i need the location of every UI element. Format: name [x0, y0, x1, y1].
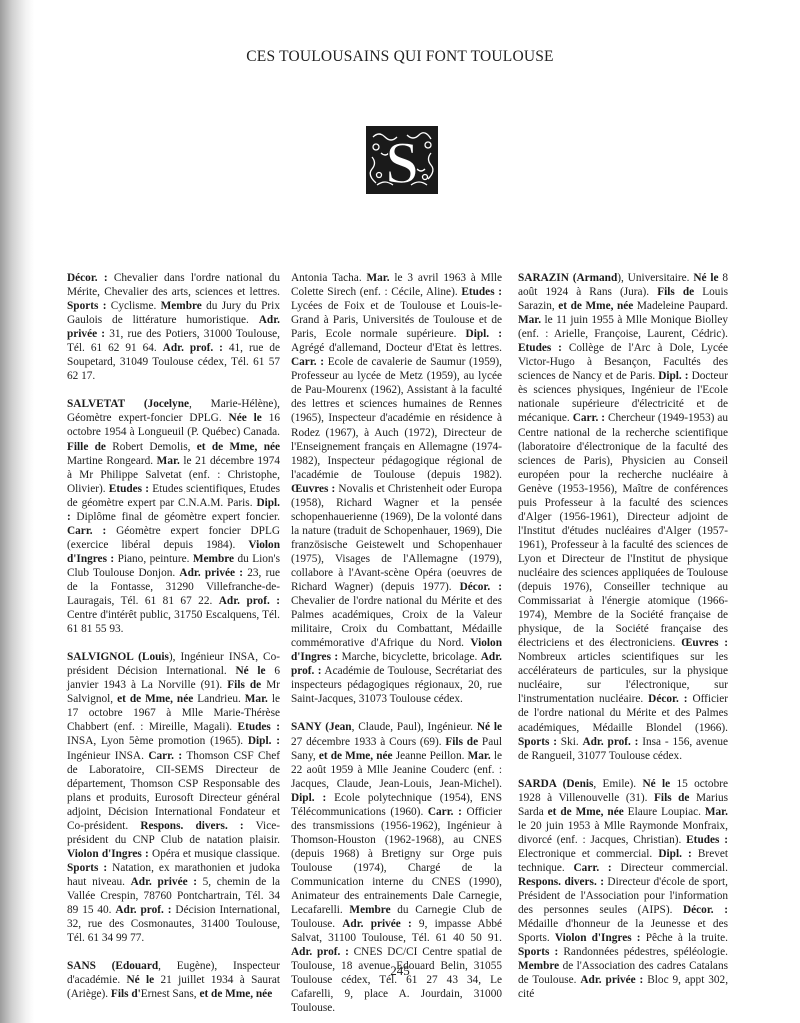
entry-field-label: SARDA (Denis [518, 778, 593, 790]
entry-field-label: et de Mme, née [199, 988, 272, 1000]
entry-text: Ernest Sans, [141, 988, 200, 1000]
entry-field-label: Adr. prof. : [291, 946, 349, 958]
entry-text: Robert Demolis, [106, 441, 197, 453]
entry-field-label: Adr. prof. : [219, 595, 280, 607]
entry-text: Martine Rongeard. [67, 455, 157, 467]
ornamental-initial-s-icon: S [366, 126, 438, 194]
entry-field-label: Dipl. : [658, 848, 691, 860]
entry-text: Académie de Toulouse, Secrétariat des in… [291, 665, 502, 705]
entry-field-label: Etudes : [238, 721, 280, 733]
entry-field-label: Mar. [705, 806, 728, 818]
entry-field-label: Fils d' [111, 988, 141, 1000]
entry-field-label: Œuvres : [291, 483, 335, 495]
text-column-3: SARAZIN (Armand), Universitaire. Né le 8… [518, 271, 728, 1015]
entry-field-label: SANY (Jean [291, 721, 352, 733]
entry-field-label: Fille de [67, 441, 106, 453]
entry-text: Centre d'intérêt public, 31750 Escalquen… [67, 609, 280, 635]
entry-field-label: Carr. : [148, 750, 182, 762]
entry-field-label: Né le [235, 665, 265, 677]
text-column-2: Antonia Tacha. Mar. le 3 avril 1963 à Ml… [291, 271, 502, 1023]
directory-entry: SARAZIN (Armand), Universitaire. Né le 8… [518, 271, 728, 763]
entry-text: ), Universitaire. [617, 272, 693, 284]
entry-field-label: Adr. privée : [131, 876, 197, 888]
entry-field-label: Né le [693, 272, 718, 284]
entry-field-label: Carr. : [574, 862, 612, 874]
entry-text: le 11 juin 1955 à Mlle Monique Biolley (… [518, 314, 728, 340]
entry-field-label: Adr. privée : [179, 567, 243, 579]
entry-text: INSA, Lyon 5ème promotion (1965). [67, 735, 248, 747]
entry-field-label: Décor. : [460, 581, 502, 593]
entry-field-label: Adr. prof. : [115, 904, 171, 916]
entry-field-label: Adr. prof. : [163, 342, 223, 354]
entry-text: Randonnées pédestres, spéléologie. [558, 946, 728, 958]
entry-text: Ski. [557, 736, 583, 748]
running-title: CES TOULOUSAINS QUI FONT TOULOUSE [0, 48, 800, 66]
entry-field-label: Etudes : [461, 286, 502, 298]
entry-field-label: Respons. divers. : [518, 876, 604, 888]
entry-field-label: Fils de [654, 792, 689, 804]
entry-field-label: et de Mme, née [548, 806, 624, 818]
entry-text: Novalis et Christenheit oder Europa (195… [291, 483, 502, 593]
entry-field-label: Membre [161, 300, 202, 312]
entry-field-label: SALVETAT (Jocelyne [67, 398, 189, 410]
entry-field-label: Mar. [157, 455, 180, 467]
entry-field-label: Décor. : [67, 272, 108, 284]
entry-field-label: Carr. : [573, 412, 605, 424]
entry-field-label: Mar. [518, 314, 541, 326]
entry-field-label: Décor. : [683, 904, 728, 916]
entry-text: Pêche à la truite. [641, 932, 728, 944]
directory-entry: Décor. : Chevalier dans l'ordre national… [67, 271, 280, 383]
entry-text: Ecole de cavalerie de Saumur (1959), Pro… [291, 356, 502, 480]
entry-text: Elaure Loupiac. [624, 806, 705, 818]
entry-text: Jeanne Peillon. [393, 750, 468, 762]
entry-text: Electronique et commercial. [518, 848, 658, 860]
entry-field-label: et de Mme, née [117, 693, 193, 705]
entry-field-label: Mar. [468, 750, 491, 762]
entry-text: Antonia Tacha. [291, 272, 366, 284]
entry-field-label: Œuvres : [681, 637, 728, 649]
entry-text: Directeur commercial. [612, 862, 728, 874]
entry-field-label: Carr. : [67, 525, 106, 537]
entry-field-label: Fils de [227, 679, 261, 691]
entry-field-label: Dipl. : [658, 370, 688, 382]
entry-field-label: Violon d'Ingres : [67, 848, 149, 860]
entry-field-label: et de Mme, née [197, 441, 280, 453]
entry-field-label: Fils de [445, 736, 478, 748]
entry-field-label: Dipl. : [466, 328, 502, 340]
entry-field-label: Dipl. : [291, 792, 326, 804]
entry-field-label: Respons. divers. : [140, 820, 243, 832]
svg-text:S: S [385, 130, 418, 193]
entry-field-label: Sports : [67, 300, 106, 312]
entry-text: , Claude, Paul), Ingénieur. [352, 721, 477, 733]
entry-field-label: Mar. [366, 272, 389, 284]
entry-text: Officier des transmissions (1956-1962), … [291, 806, 502, 916]
book-gutter-shadow [0, 0, 34, 1023]
entry-field-label: Dipl. : [248, 735, 280, 747]
directory-entry: SALVIGNOL (Louis), Ingénieur INSA, Co-pr… [67, 650, 280, 945]
entry-field-label: Etudes : [686, 834, 728, 846]
entry-field-label: Etudes : [518, 342, 562, 354]
entry-text: Agrégé d'allemand, Docteur d'Etat ès let… [291, 342, 502, 354]
entry-text: Ingénieur INSA. [67, 750, 148, 762]
entry-field-label: Adr. privée : [342, 918, 411, 930]
entry-text: Madeleine Paupard. [633, 300, 728, 312]
entry-field-label: Né le [642, 778, 670, 790]
entry-text: , Emile). [593, 778, 642, 790]
entry-field-label: Adr. prof. : [582, 736, 638, 748]
entry-field-label: Né le [477, 721, 502, 733]
entry-field-label: Carr. : [291, 356, 324, 368]
entry-field-label: SARAZIN (Armand [518, 272, 617, 284]
entry-field-label: et de Mme, née [319, 750, 393, 762]
entry-field-label: Fils de [657, 286, 694, 298]
entry-field-label: SALVIGNOL (Louis [67, 651, 169, 663]
entry-field-label: Membre [193, 553, 234, 565]
entry-text: Piano, peinture. [114, 553, 193, 565]
entry-field-label: Membre [349, 904, 390, 916]
entry-field-label: Violon d'Ingres : [555, 932, 641, 944]
entry-field-label: Carr. : [428, 806, 462, 818]
page-number: 245 [0, 963, 800, 979]
entry-field-label: Née le [229, 412, 262, 424]
entry-text: Marche, bicyclette, bricolage. [338, 651, 481, 663]
entry-field-label: Décor. : [648, 693, 687, 705]
entry-field-label: et de Mme, née [558, 300, 633, 312]
entry-text: Opéra et musique classique. [149, 848, 280, 860]
entry-field-label: Etudes : [109, 483, 149, 495]
entry-text: 27 décembre 1933 à Cours (69). [291, 736, 445, 748]
entry-field-label: Sports : [67, 862, 107, 874]
entry-text: Cyclisme. [106, 300, 160, 312]
entry-text: Diplôme final de géomètre expert foncier… [71, 511, 280, 523]
directory-entry: SALVETAT (Jocelyne, Marie-Hélène), Géomè… [67, 397, 280, 636]
directory-entry: Antonia Tacha. Mar. le 3 avril 1963 à Ml… [291, 271, 502, 706]
entry-text: Landrieu. [193, 693, 245, 705]
text-column-1: Décor. : Chevalier dans l'ordre national… [67, 271, 280, 1015]
entry-field-label: Sports : [518, 946, 558, 958]
entry-field-label: Mar. [245, 693, 268, 705]
entry-field-label: Sports : [518, 736, 557, 748]
entry-text: Chercheur (1949-1953) au Centre national… [518, 412, 728, 649]
